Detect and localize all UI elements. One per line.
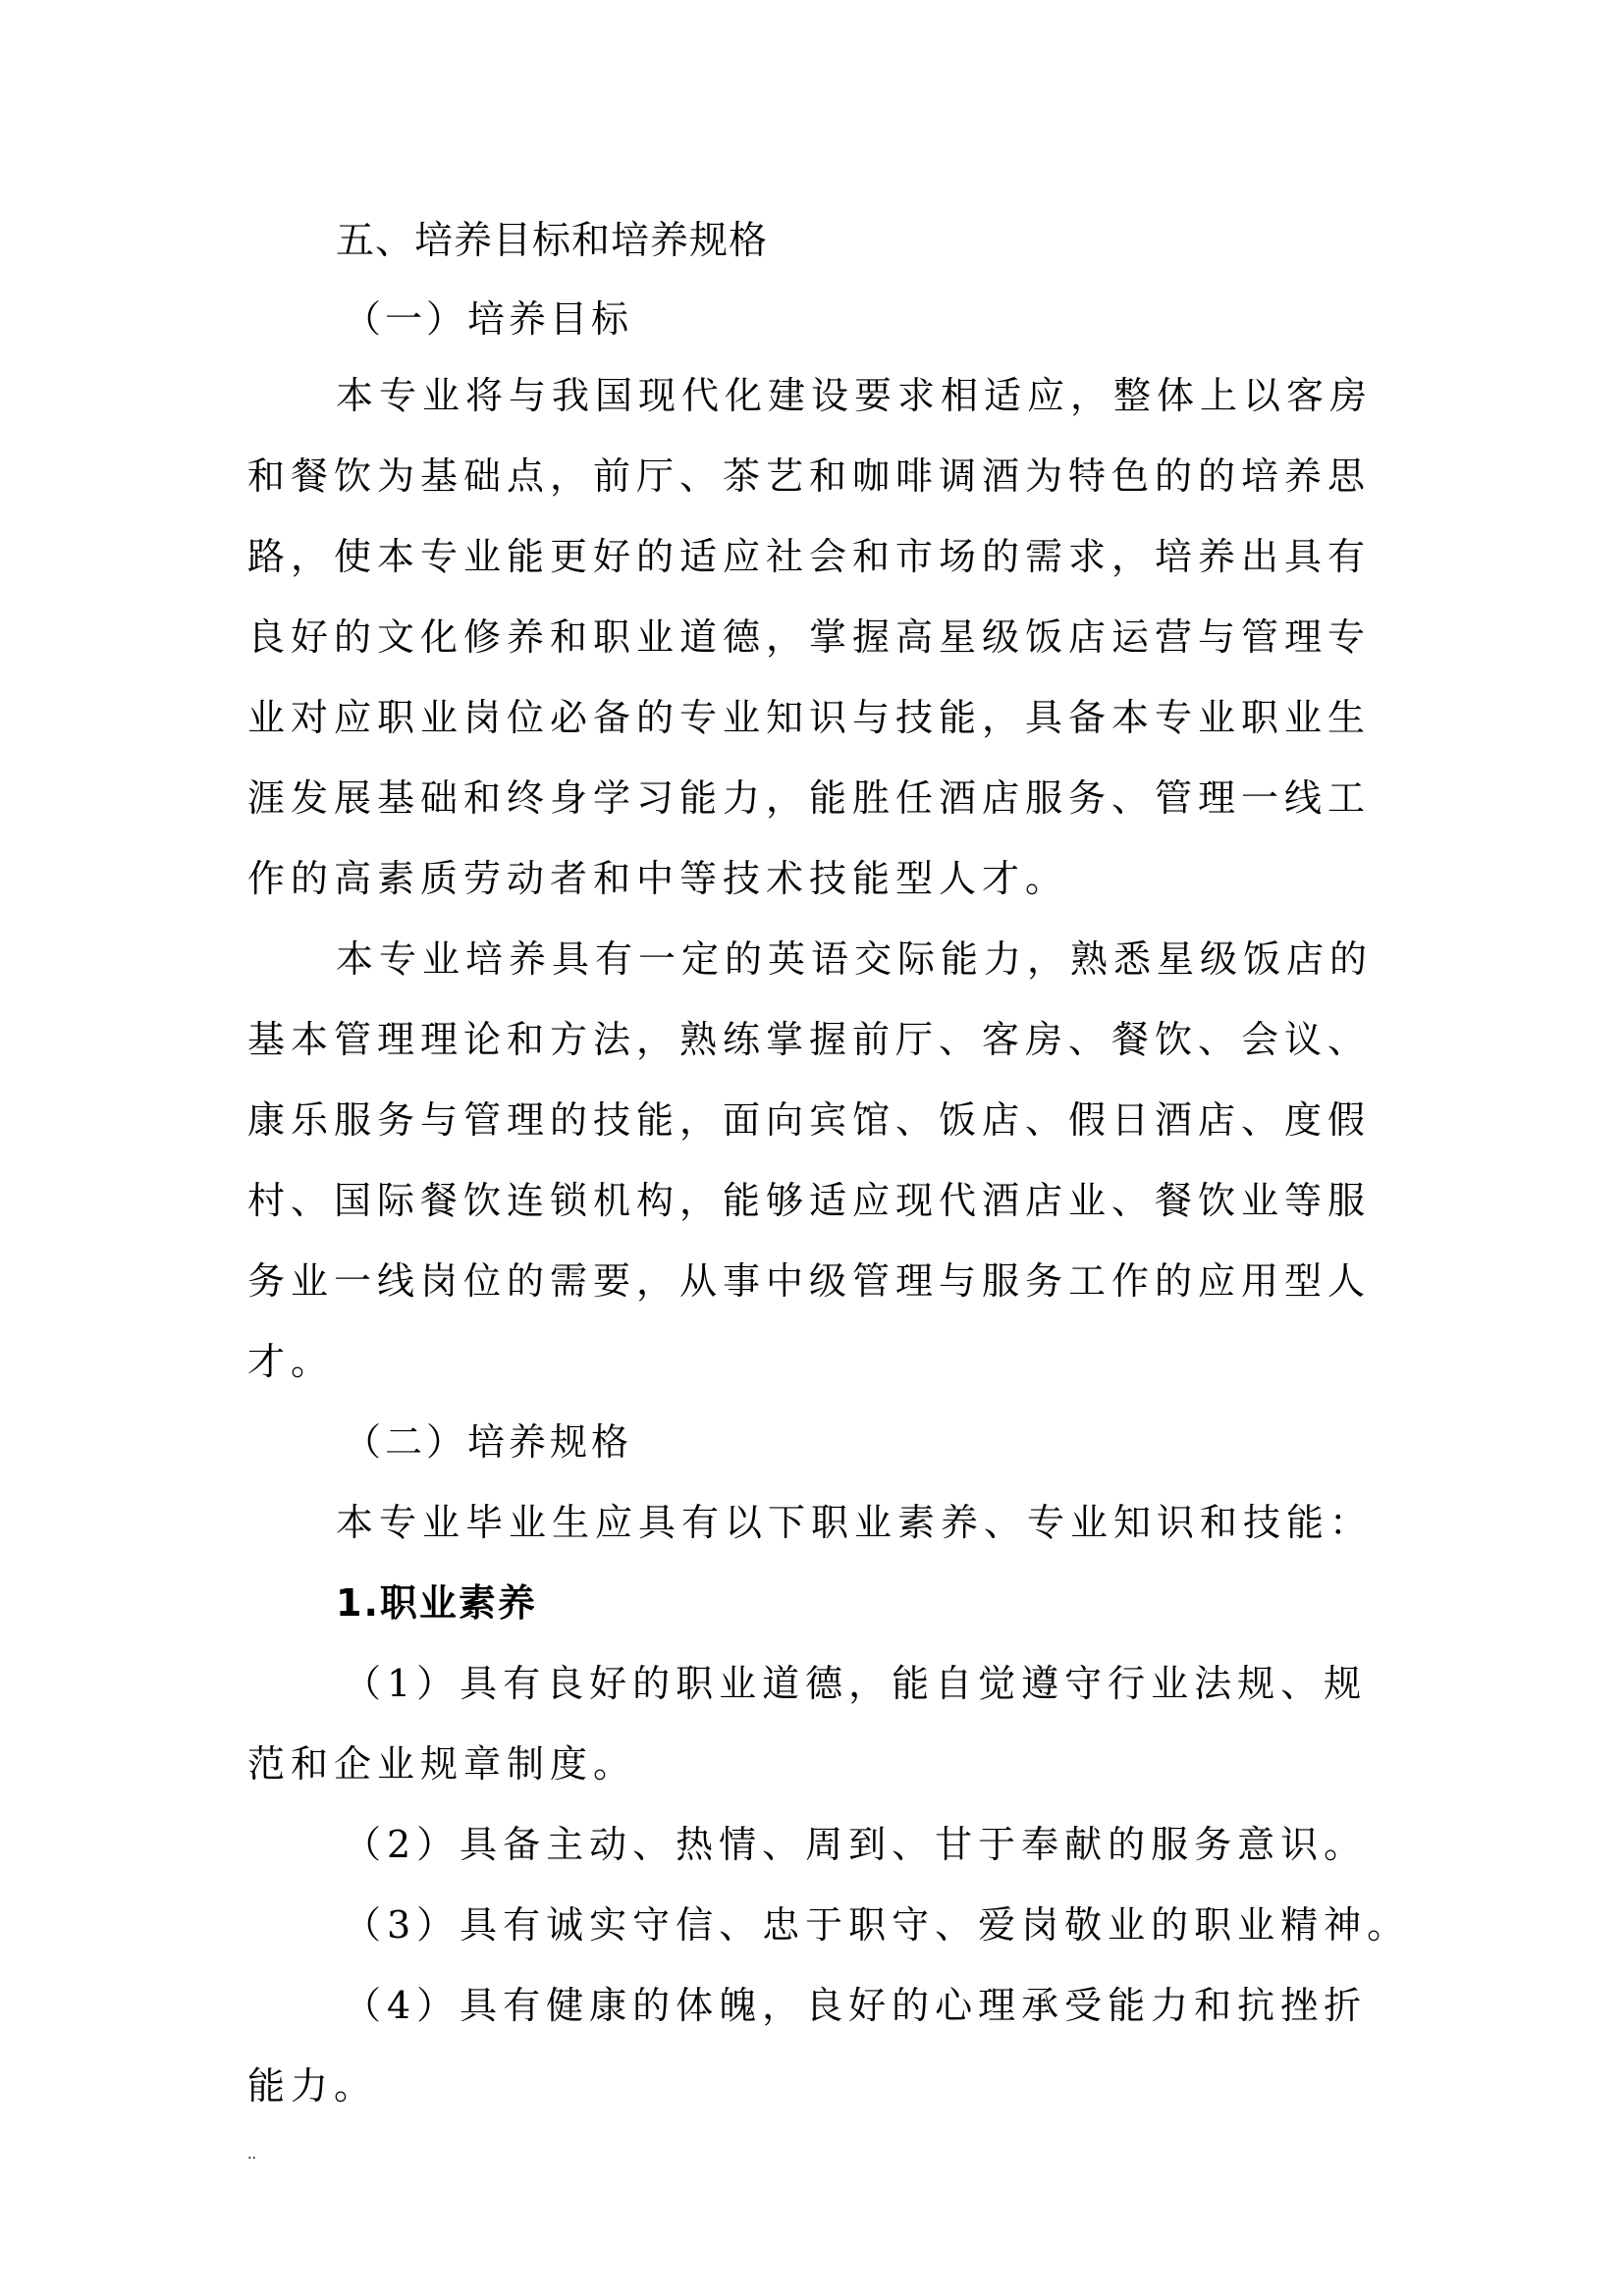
spec-item-continuation: 能力。 — [247, 2064, 377, 2108]
paragraph-line: 才。 — [247, 1340, 334, 1383]
section-title: 五、培养目标和培养规格 — [336, 220, 768, 263]
paragraph-line: 村、国际餐饮连锁机构，能够适应现代酒店业、餐饮业等服 — [247, 1179, 1371, 1222]
spec-item: （3）具有诚实守信、忠于职守、爱岗敬业的职业精神。 — [344, 1903, 1410, 1947]
paragraph-line: 务业一线岗位的需要，从事中级管理与服务工作的应用型人 — [247, 1259, 1371, 1303]
paragraph-line: 基本管理理论和方法，熟练掌握前厅、客房、餐饮、会议、 — [247, 1018, 1371, 1061]
spec-item: （1）具有良好的职业道德，能自觉遵守行业法规、规 — [344, 1662, 1367, 1705]
subsection-heading-goals: （一）培养目标 — [344, 297, 632, 341]
paragraph-line: 业对应职业岗位必备的专业知识与技能，具备本专业职业生 — [247, 696, 1371, 739]
spec-item: （4）具有健康的体魄，良好的心理承受能力和抗挫折 — [344, 1984, 1367, 2027]
paragraph-line: 涯发展基础和终身学习能力，能胜任酒店服务、管理一线工 — [247, 776, 1371, 820]
footer-mark: .. — [247, 2148, 256, 2162]
spec-item: （2）具备主动、热情、周到、甘于奉献的服务意识。 — [344, 1823, 1367, 1866]
paragraph-line: 本专业将与我国现代化建设要求相适应，整体上以客房 — [336, 374, 1373, 417]
items-heading: 1.职业素养 — [336, 1581, 537, 1625]
subsection-heading-specs: （二）培养规格 — [344, 1420, 632, 1464]
paragraph-line: 本专业培养具有一定的英语交际能力，熟悉星级饭店的 — [336, 937, 1373, 981]
specs-intro: 本专业毕业生应具有以下职业素养、专业知识和技能： — [336, 1501, 1373, 1544]
spec-item-continuation: 范和企业规章制度。 — [247, 1742, 636, 1786]
paragraph-line: 路，使本专业能更好的适应社会和市场的需求，培养出具有 — [247, 535, 1371, 578]
paragraph-line: 康乐服务与管理的技能，面向宾馆、饭店、假日酒店、度假 — [247, 1098, 1371, 1142]
paragraph-line: 和餐饮为基础点，前厅、茶艺和咖啡调酒为特色的的培养思 — [247, 454, 1371, 498]
paragraph-line: 良好的文化修养和职业道德，掌握高星级饭店运营与管理专 — [247, 615, 1371, 659]
paragraph-line: 作的高素质劳动者和中等技术技能型人才。 — [247, 857, 1068, 900]
